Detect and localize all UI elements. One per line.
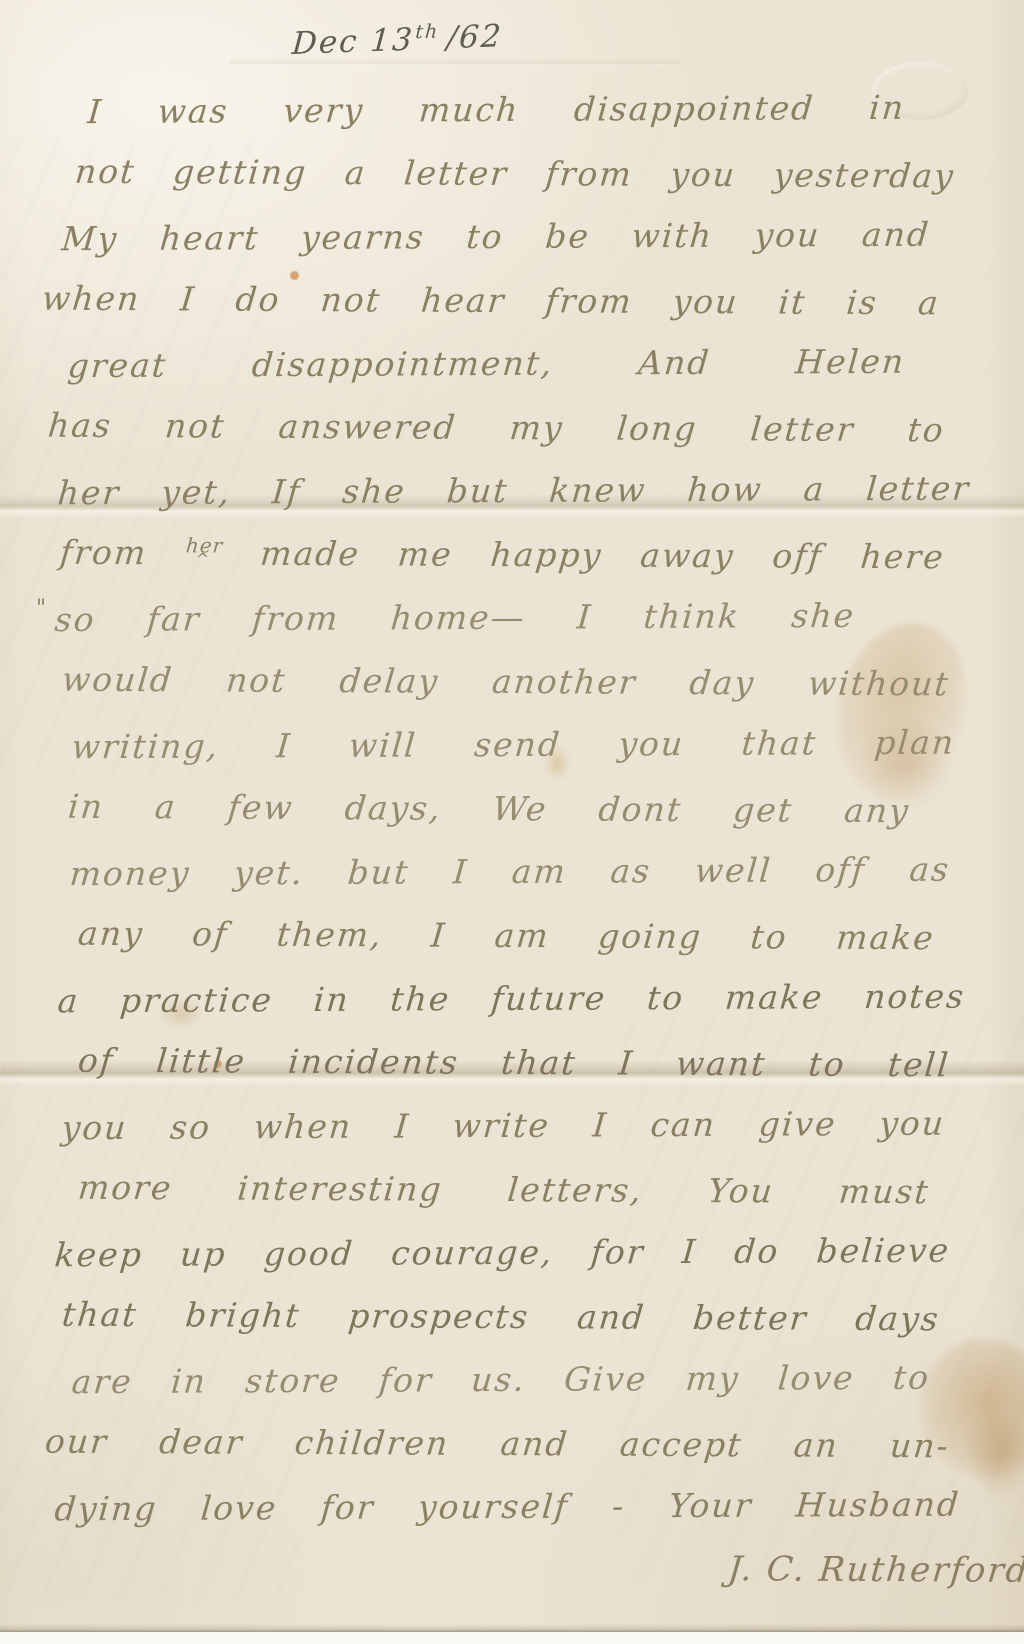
letter-line: so far from home— I think she <box>52 584 858 652</box>
letter-line: would not delay another day without <box>59 647 952 715</box>
letter-line: are in store for us. Give my love to <box>69 1346 933 1414</box>
letter-line: when I do not hear from you it is a <box>39 266 942 334</box>
letter-line: not getting a letter from you yesterday <box>72 139 957 207</box>
insertion-caret: ^ <box>195 552 212 566</box>
signature: J. C. Rutherford <box>725 1538 1024 1603</box>
letter-line: more interesting letters, You must <box>75 1155 932 1223</box>
letter-line: our dear children and accept an un- <box>42 1409 952 1477</box>
letter-line: her yet, If she but knew how a letter <box>55 457 973 525</box>
paper-bottom-edge <box>0 1624 1024 1632</box>
line-text-before: from <box>58 532 149 571</box>
letter-line: My heart yearns to be with you and <box>59 203 933 271</box>
date-ordinal: th <box>415 20 440 43</box>
letter-line: you so when I write I can give you <box>59 1092 948 1160</box>
letter-line: any of them, I am going to make <box>75 901 937 969</box>
scanned-letter-page: { "document": { "kind": "handwritten let… <box>0 0 1024 1644</box>
letter-line: dying love for yourself - Your Husband <box>52 1473 963 1541</box>
letter-line-with-insertion: from her^ made me happy away off here <box>57 520 947 588</box>
letter-line: in a few days, We dont get any <box>65 774 912 842</box>
letter-line: of little incidents that I want to tell <box>75 1028 952 1096</box>
letter-line: great disappointment, And Helen <box>65 330 908 398</box>
date-year: /62 <box>445 19 503 57</box>
letter-line: money yet. but I am as well off as <box>67 838 953 906</box>
date-day-month: Dec 13 <box>291 22 415 62</box>
letter-line: keep up good courage, for I do believe <box>52 1219 953 1287</box>
letter-line: I was very much disappointed in <box>85 76 908 144</box>
scan-background-strip <box>0 1632 1024 1644</box>
line-text-after: made me happy away off here <box>259 533 947 576</box>
interlinear-insertion: her^ <box>184 538 224 566</box>
letter-body: I was very much disappointed in not gett… <box>0 78 1024 1602</box>
letter-line: writing, I will send you that plan <box>69 711 958 779</box>
letter-line: a practice in the future to make notes <box>55 965 968 1033</box>
letter-line: has not answered my long letter to <box>45 393 947 461</box>
letter-line: that bright prospects and better days <box>59 1282 942 1350</box>
